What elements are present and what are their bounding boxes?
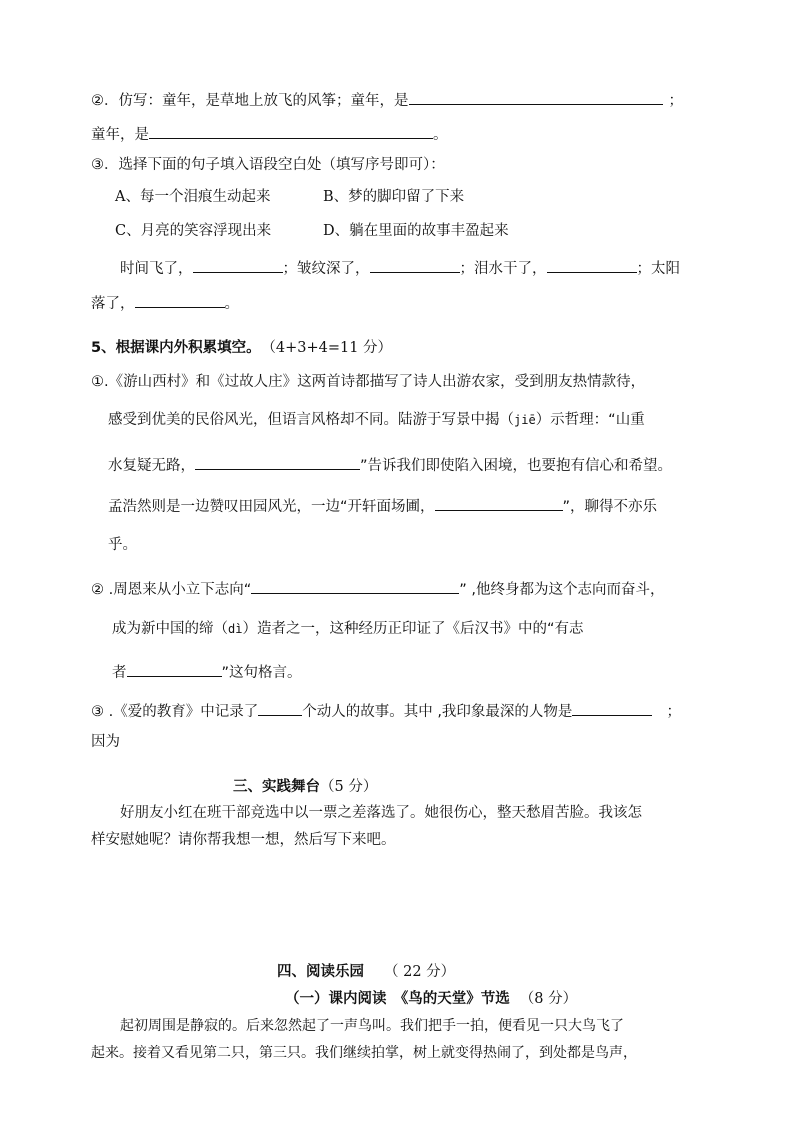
q5-item2-line2: 成为新中国的缔（dì）造者之一，这种经历正印证了《后汉书》中的“有志 [112, 619, 583, 639]
q5-title: 5、根据课内外积累填空。 [91, 340, 261, 356]
q4-item2-line1: ②．仿写：童年，是草地上放飞的风筝；童年，是； [91, 88, 683, 111]
passage-text: 落了， [91, 296, 135, 312]
q5-item1-line1: ①.《游山西村》和《过故人庄》这两首诗都描写了诗人出游农家，受到朋友热情款待， [91, 372, 645, 392]
text: 者 [112, 665, 127, 681]
option-label: B、 [323, 189, 348, 205]
answer-blank-2[interactable] [370, 256, 460, 273]
q5-item2-line3: 者”这句格言。 [112, 660, 302, 683]
answer-blank-3[interactable] [547, 256, 637, 273]
text: ”，聊得不亦乐 [563, 499, 658, 515]
option-b: B、梦的脚印留了下来 [323, 187, 464, 207]
q5-item2-line1: ② .周恩来从小立下志向“” ,他终身都为这个志向而奋斗， [91, 577, 664, 600]
subsection-title: （一）课内阅读 《鸟的天堂》节选 [285, 991, 510, 1007]
q4-item3-passage-line2: 落了，。 [91, 291, 239, 314]
passage-text: 。 [225, 296, 240, 312]
section-title: 三、实践舞台 [233, 779, 320, 795]
answer-blank-5-1b[interactable] [435, 494, 563, 511]
passage-text: ；皱纹深了， [283, 261, 370, 277]
text: ）示哲理：“山重 [536, 412, 645, 428]
q5-item1-line4: 孟浩然则是一边赞叹田园风光，一边“开轩面场圃，”，聊得不亦乐 [108, 494, 657, 517]
answer-blank-1[interactable] [193, 256, 283, 273]
reading-passage-line2: 起来。接着又看见第二只，第三只。我们继续拍掌，树上就变得热闹了，到处都是鸟声， [91, 1043, 637, 1063]
answer-blank-5-3b[interactable] [572, 699, 652, 716]
q5-heading: 5、根据课内外积累填空。（4+3+4=11 分） [91, 338, 392, 358]
q4-item3-instruction: ③．选择下面的句子填入语段空白处（填写序号即可）： [91, 155, 445, 175]
answer-blank-5-2a[interactable] [251, 577, 459, 594]
section-score: （5 分） [320, 779, 377, 795]
text: 孟浩然则是一边赞叹田园风光，一边“开轩面场圃， [108, 499, 435, 515]
subsection-score: （8 分） [520, 991, 577, 1007]
section3-heading: 三、实践舞台（5 分） [233, 777, 377, 797]
q5-item3-line2: 因为 [91, 732, 120, 752]
text: ）造者之一，这种经历正印证了《后汉书》中的“有志 [242, 621, 583, 637]
text: ”这句格言。 [222, 665, 302, 681]
answer-blank-5-3a[interactable] [258, 699, 302, 716]
option-text: 躺在里面的故事丰盈起来 [349, 223, 509, 239]
punctuation: 。 [433, 127, 448, 143]
answer-blank-4[interactable] [135, 291, 225, 308]
reading-passage-line1: 起初周围是静寂的。后来忽然起了一声鸟叫。我们把手一拍，便看见一只大鸟飞了 [120, 1016, 624, 1036]
q4-item2-prompt: ②．仿写：童年，是草地上放飞的风筝；童年，是 [91, 93, 409, 109]
pinyin: dì [228, 622, 242, 636]
option-c: C、月亮的笑容浮现出来 [115, 221, 271, 241]
passage-text: 时间飞了， [120, 261, 193, 277]
q5-item1-line2: 感受到优美的民俗风光，但语言风格却不同。陆游于写景中揭（jiē）示哲理：“山重 [108, 410, 645, 430]
section4-subheading: （一）课内阅读 《鸟的天堂》节选（8 分） [285, 989, 577, 1009]
q5-score: （4+3+4=11 分） [269, 340, 392, 356]
option-label: C、 [115, 223, 141, 239]
answer-blank-5-1a[interactable] [195, 453, 360, 470]
option-d: D、躺在里面的故事丰盈起来 [323, 221, 509, 241]
section4-heading: 四、阅读乐园（ 22 分） [277, 962, 455, 982]
pinyin: jiē [514, 413, 536, 427]
q5-item1-line3: 水复疑无路，”告诉我们即使陷入困境，也要抱有信心和希望。 [108, 453, 672, 476]
option-a: A、每一个泪痕生动起来 [115, 187, 270, 207]
answer-blank-5-2b[interactable] [127, 660, 222, 677]
q5-item3-line1: ③ .《爱的教育》中记录了个动人的故事。其中 ,我印象最深的人物是； [91, 699, 681, 722]
q4-item2-prompt2: 童年，是 [91, 127, 149, 143]
punctuation: ； [666, 704, 681, 720]
section-title: 四、阅读乐园 [277, 964, 364, 980]
q4-item2-line2: 童年，是。 [91, 122, 448, 145]
text: 感受到优美的民俗风光，但语言风格却不同。陆游于写景中揭（ [108, 412, 514, 428]
punctuation: ； [669, 93, 684, 109]
option-label: A、 [115, 189, 140, 205]
text: ② .周恩来从小立下志向“ [91, 582, 251, 598]
section-score: （ 22 分） [384, 964, 455, 980]
passage-text: ；太阳 [637, 261, 681, 277]
q4-item3-passage-line1: 时间飞了，；皱纹深了，；泪水干了，；太阳 [120, 256, 680, 279]
text: 个动人的故事。其中 ,我印象最深的人物是 [302, 704, 572, 720]
section3-prompt-line1: 好朋友小红在班干部竞选中以一票之差落选了。她很伤心，整天愁眉苦脸。我该怎 [120, 803, 642, 823]
answer-blank-q4-2a[interactable] [409, 88, 663, 105]
text: ”告诉我们即使陷入困境，也要抱有信心和希望。 [360, 458, 672, 474]
text: 水复疑无路， [108, 458, 195, 474]
option-text: 每一个泪痕生动起来 [140, 189, 271, 205]
text: 成为新中国的缔（ [112, 621, 228, 637]
q5-item1-line5: 乎。 [108, 535, 137, 555]
section3-prompt-line2: 样安慰她呢？请你帮我想一想，然后写下来吧。 [91, 830, 396, 850]
answer-blank-q4-2b[interactable] [149, 122, 433, 139]
passage-text: ；泪水干了， [460, 261, 547, 277]
option-label: D、 [323, 223, 349, 239]
text: ” ,他终身都为这个志向而奋斗， [459, 582, 664, 598]
option-text: 梦的脚印留了下来 [348, 189, 464, 205]
option-text: 月亮的笑容浮现出来 [141, 223, 272, 239]
text: ③ .《爱的教育》中记录了 [91, 704, 258, 720]
